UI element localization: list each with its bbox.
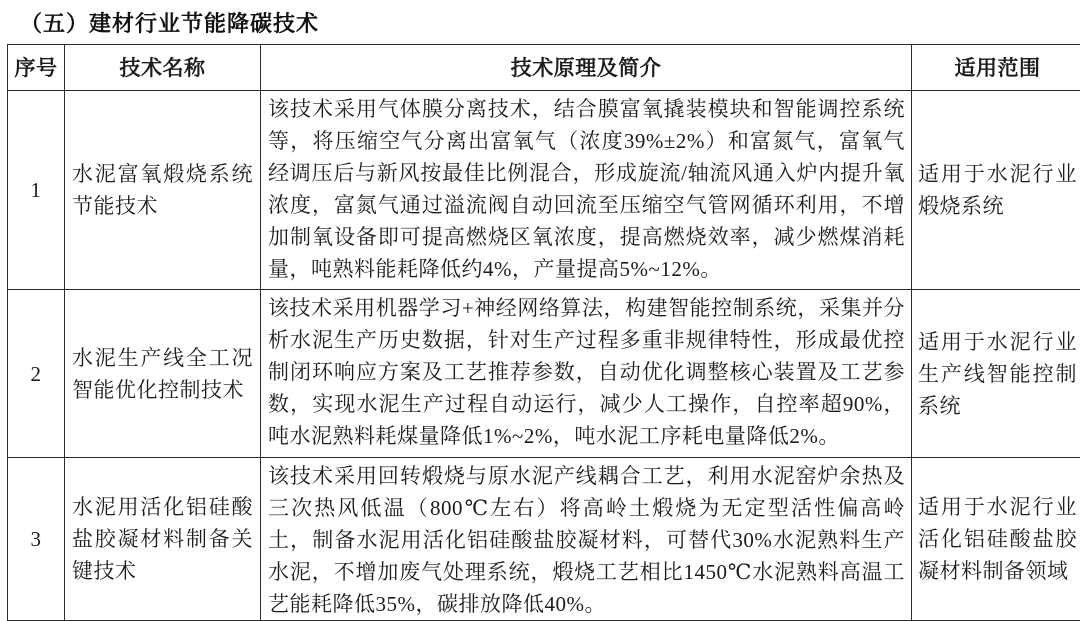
document-page: （五）建材行业节能降碳技术 序号 技术名称 技术原理及简介 适用范围 1 水泥富… — [0, 0, 1080, 621]
technology-table: 序号 技术名称 技术原理及简介 适用范围 1 水泥富氧煅烧系统节能技术 该技术采… — [7, 44, 1080, 621]
table-row: 3 水泥用活化铝硅酸盐胶凝材料制备关键技术 该技术采用回转煅烧与原水泥产线耦合工… — [8, 458, 1080, 621]
column-header-scope: 适用范围 — [912, 45, 1080, 91]
tech-description: 该技术采用回转煅烧与原水泥产线耦合工艺，利用水泥窑炉余热及三次热风低温（800℃… — [261, 458, 912, 621]
table-header-row: 序号 技术名称 技术原理及简介 适用范围 — [8, 45, 1080, 91]
column-header-name: 技术名称 — [65, 45, 261, 91]
row-number: 3 — [8, 458, 65, 621]
tech-name: 水泥用活化铝硅酸盐胶凝材料制备关键技术 — [65, 458, 261, 621]
table-row: 1 水泥富氧煅烧系统节能技术 该技术采用气体膜分离技术，结合膜富氧撬装模块和智能… — [8, 91, 1080, 290]
tech-description: 该技术采用气体膜分离技术，结合膜富氧撬装模块和智能调控系统等，将压缩空气分离出富… — [261, 91, 912, 290]
tech-scope: 适用于水泥行业煅烧系统 — [912, 91, 1080, 290]
column-header-no: 序号 — [8, 45, 65, 91]
page-title: （五）建材行业节能降碳技术 — [0, 0, 1080, 44]
tech-scope: 适用于水泥行业活化铝硅酸盐胶凝材料制备领域 — [912, 458, 1080, 621]
column-header-description: 技术原理及简介 — [261, 45, 912, 91]
table-row: 2 水泥生产线全工况智能优化控制技术 该技术采用机器学习+神经网络算法，构建智能… — [8, 290, 1080, 458]
tech-description: 该技术采用机器学习+神经网络算法，构建智能控制系统，采集并分析水泥生产历史数据，… — [261, 290, 912, 458]
row-number: 1 — [8, 91, 65, 290]
tech-name: 水泥生产线全工况智能优化控制技术 — [65, 290, 261, 458]
tech-name: 水泥富氧煅烧系统节能技术 — [65, 91, 261, 290]
tech-scope: 适用于水泥行业生产线智能控制系统 — [912, 290, 1080, 458]
row-number: 2 — [8, 290, 65, 458]
